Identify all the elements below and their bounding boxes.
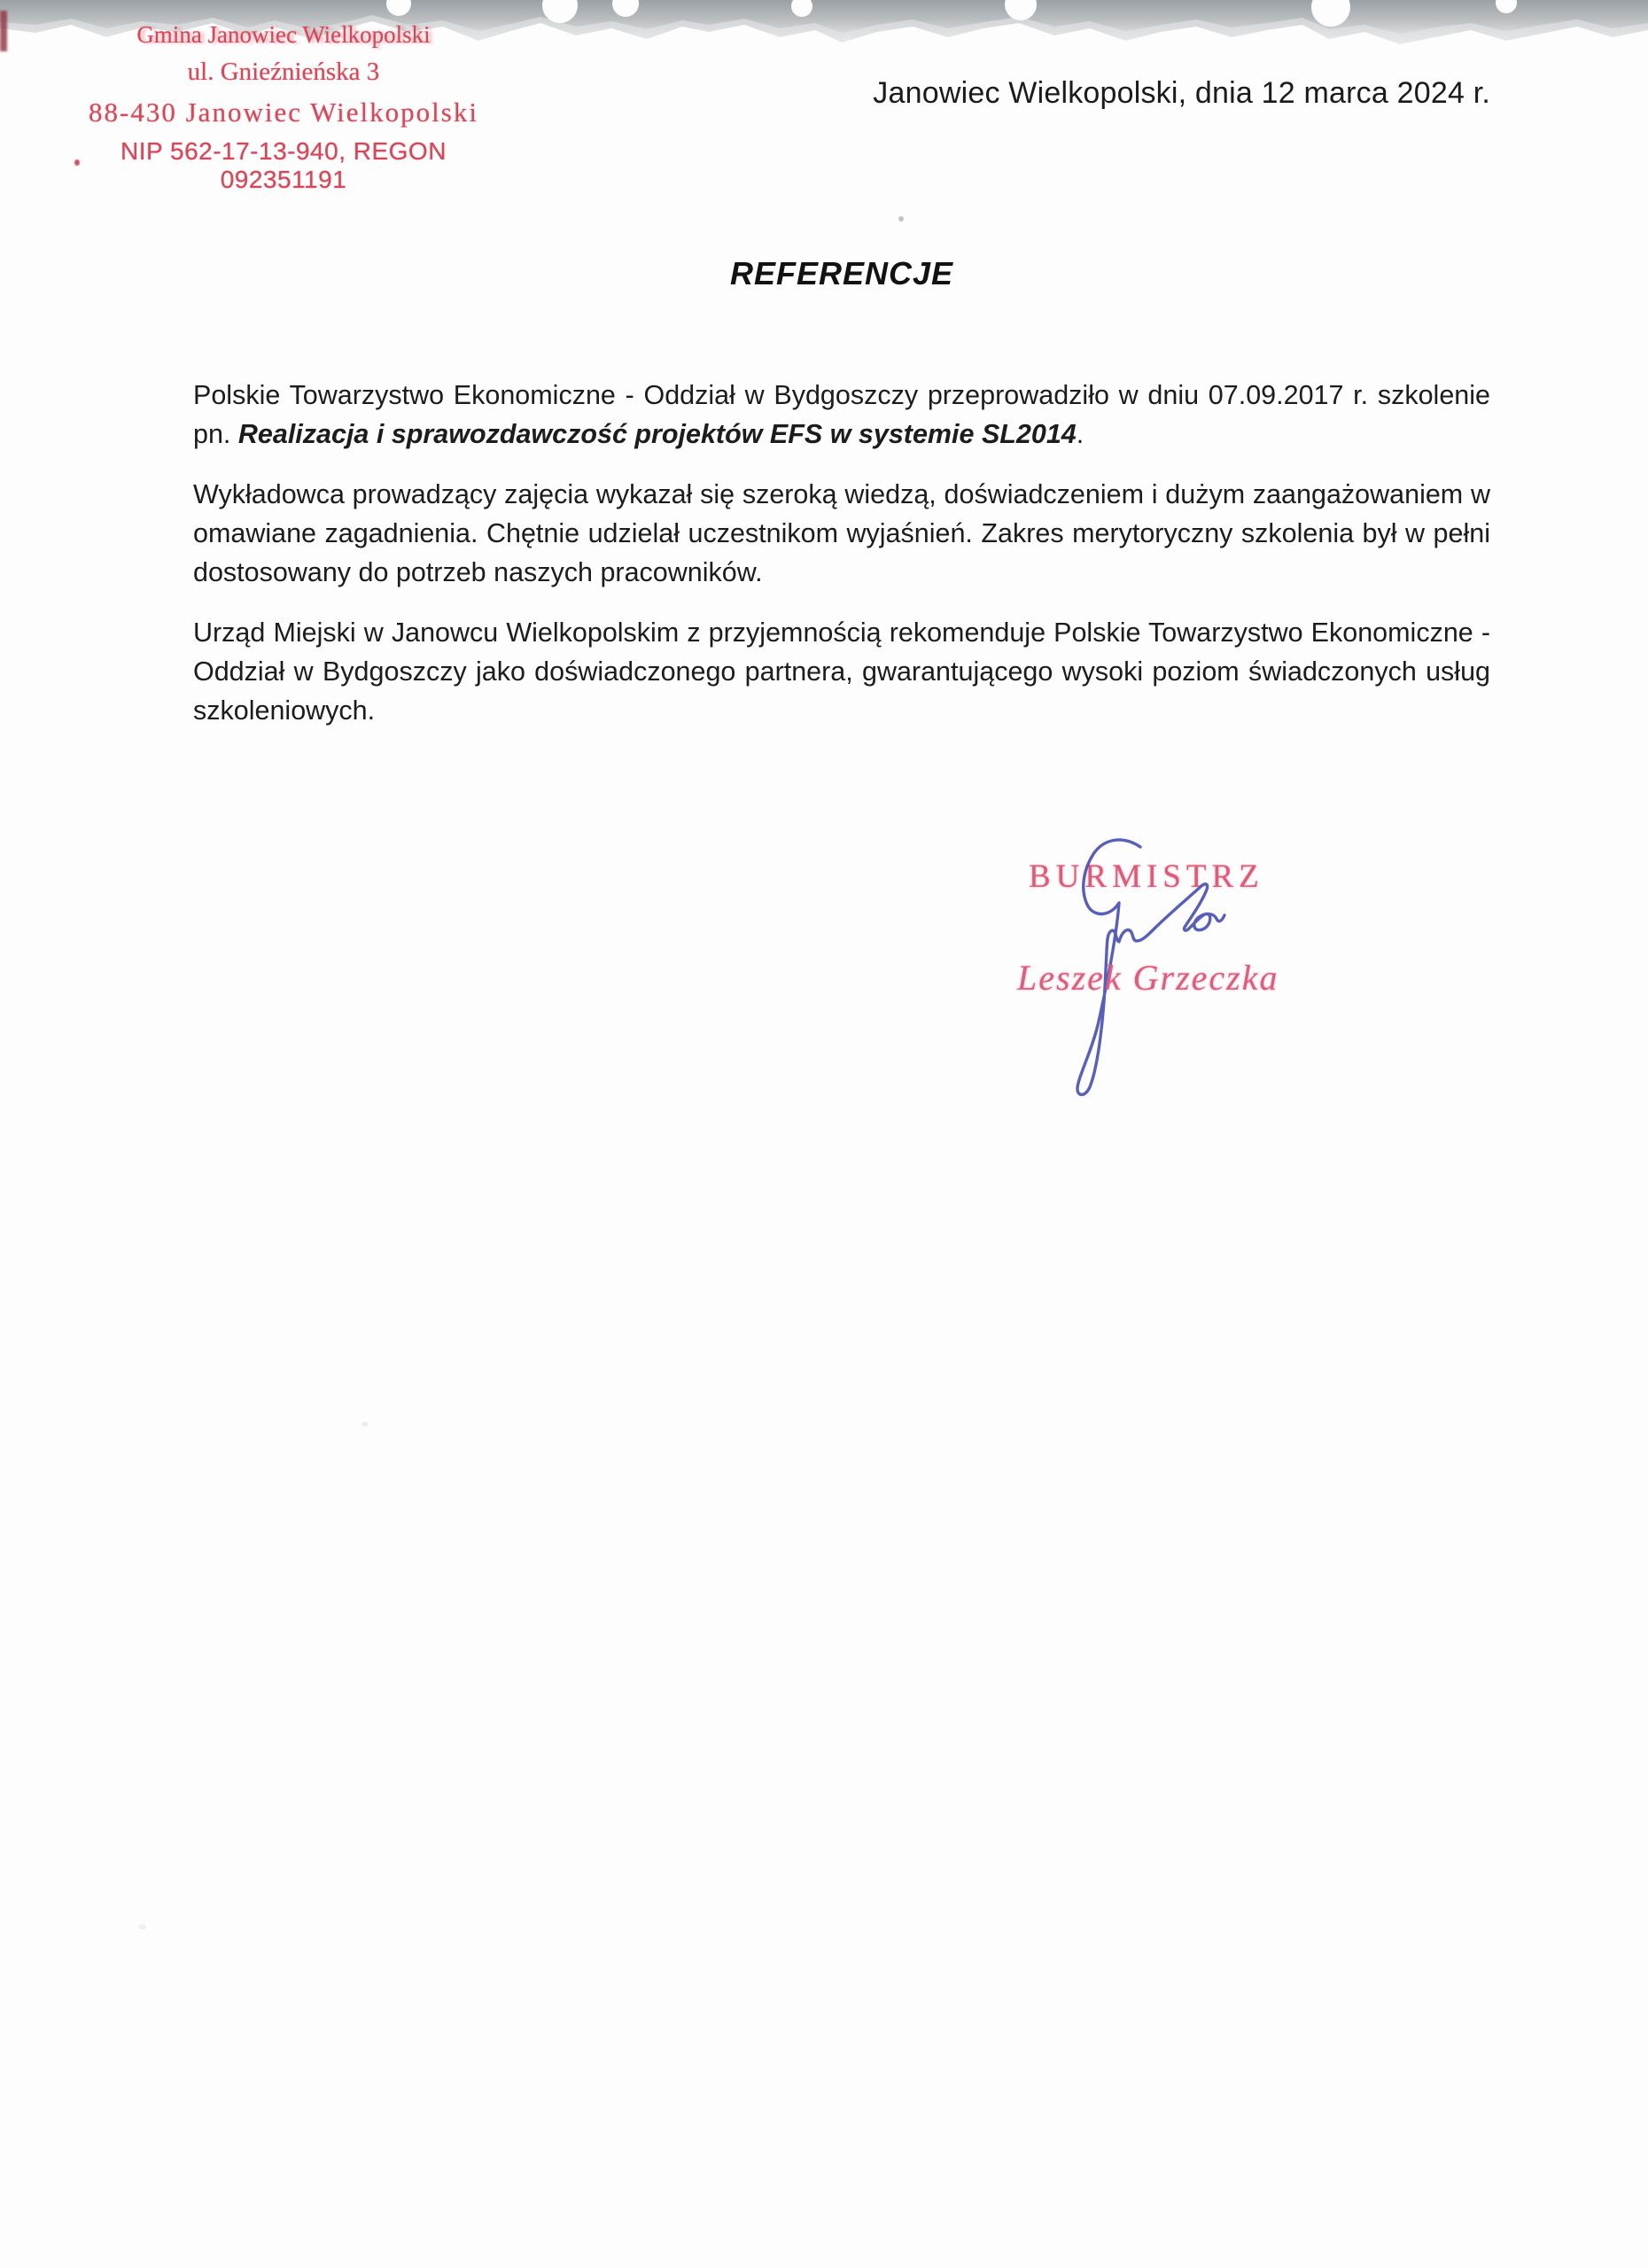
- scan-corner-smudge: [0, 11, 7, 51]
- mayor-name-stamp: Leszek Grzeczka: [1017, 957, 1279, 998]
- municipality-stamp: Gmina Janowiec Wielkopolski ul. Gnieźnie…: [71, 21, 496, 194]
- stamp-line-municipality: Gmina Janowiec Wielkopolski: [71, 21, 496, 49]
- stamp-ink-dot: [74, 159, 80, 166]
- stamp-line-city: 88-430 Janowiec Wielkopolski: [71, 97, 496, 128]
- scan-speckle: [138, 1924, 146, 1930]
- stamp-line-nip-regon: NIP 562-17-13-940, REGON 092351191: [71, 137, 496, 194]
- paragraph-1-period: .: [1077, 419, 1084, 449]
- stamp-line-street: ul. Gnieźnieńska 3: [71, 58, 496, 87]
- scanned-document-page: Gmina Janowiec Wielkopolski ul. Gnieźnie…: [0, 0, 1648, 2268]
- document-body: Polskie Towarzystwo Ekonomiczne - Oddzia…: [193, 376, 1490, 751]
- training-title-emphasis: Realizacja i sprawozdawczość projektów E…: [238, 419, 1077, 449]
- place-and-date: Janowiec Wielkopolski, dnia 12 marca 202…: [873, 76, 1490, 111]
- paragraph-lecturer-opinion: Wykładowca prowadzący zajęcia wykazał si…: [193, 475, 1490, 592]
- paragraph-training-info: Polskie Towarzystwo Ekonomiczne - Oddzia…: [193, 376, 1490, 454]
- scan-speckle: [898, 216, 904, 221]
- scan-speckle: [361, 1422, 369, 1426]
- document-title: REFERENCJE: [193, 255, 1490, 292]
- paragraph-recommendation: Urząd Miejski w Janowcu Wielkopolskim z …: [193, 613, 1490, 730]
